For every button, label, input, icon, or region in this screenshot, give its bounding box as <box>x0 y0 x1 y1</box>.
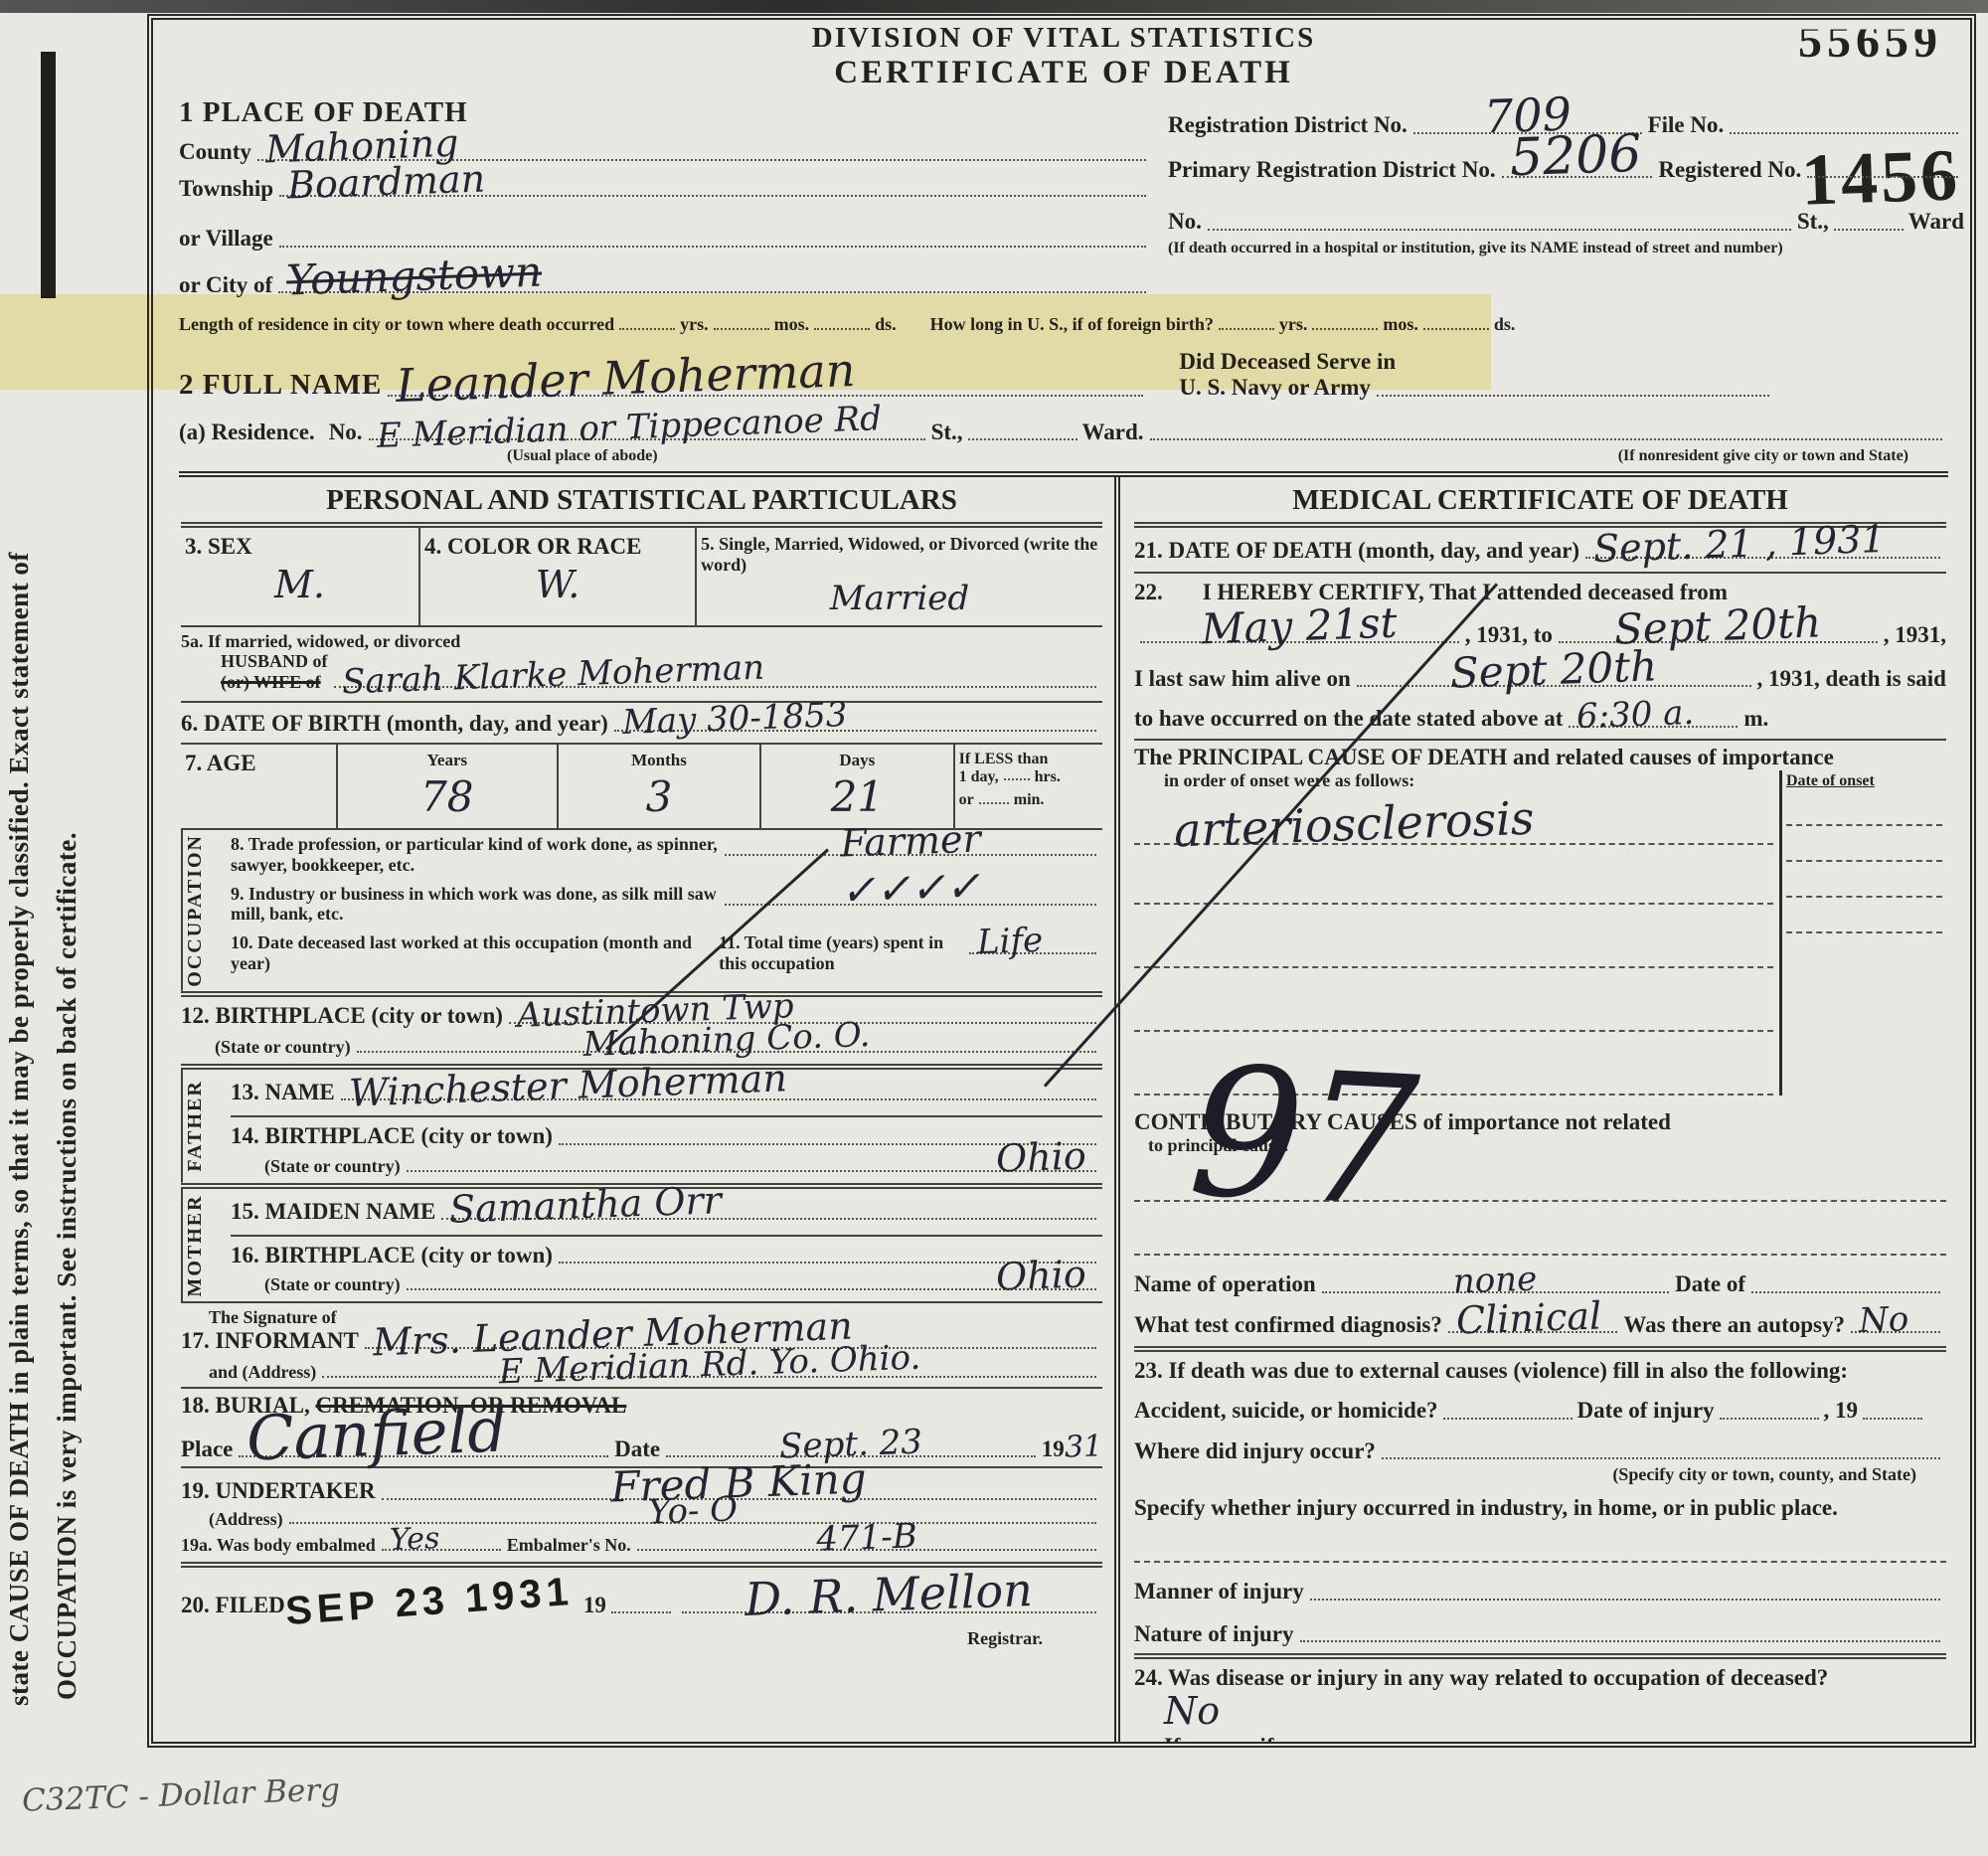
father-block: FATHER 13. NAME Winchester Moherman 14. … <box>181 1064 1102 1183</box>
father-name-row: 13. NAME Winchester Moherman <box>231 1070 1102 1115</box>
trade-label: Trade profession, or particular kind of … <box>231 834 718 875</box>
attended-from-line: May 21st <box>1140 635 1459 643</box>
embalmed-label: Was body embalmed <box>217 1535 376 1555</box>
burial-place-value: Canfield <box>246 1400 508 1470</box>
test-row: What test confirmed diagnosis? Clinical … <box>1134 1312 1946 1338</box>
where-injury-label: Where did injury occur? <box>1134 1438 1376 1464</box>
death-certificate-form: DIVISION OF VITAL STATISTICS CERTIFICATE… <box>147 14 1976 1748</box>
residence-length-row: Length of residence in city or town wher… <box>179 314 1948 335</box>
age-days-cell: Days 21 <box>761 745 955 828</box>
father-birthplace-label: BIRTHPLACE (city or town) <box>265 1123 553 1148</box>
yrs-label: yrs. <box>680 314 709 335</box>
time-value: 6:30 a. <box>1576 696 1695 734</box>
city-line: Youngstown <box>278 285 1146 293</box>
burial-place-label: Place <box>181 1436 233 1462</box>
cause-label-1: The PRINCIPAL CAUSE OF DEATH and related… <box>1134 745 1946 770</box>
embalmer-no-value: 471-B <box>816 1519 917 1557</box>
certificate-title: CERTIFICATE OF DEATH <box>179 55 1948 92</box>
age-label: AGE <box>207 751 256 775</box>
last-saw-value: Sept 20th <box>1449 646 1657 695</box>
race-label: COLOR OR RACE <box>447 534 642 559</box>
margin-instruction-outer: state CAUSE OF DEATH in plain terms, so … <box>4 16 35 1706</box>
served-label-2: U. S. Navy or Army <box>1179 375 1371 401</box>
division-title: DIVISION OF VITAL STATISTICS <box>179 22 1948 55</box>
full-name-line: Leander Moherman <box>388 389 1143 397</box>
undertaker-label: UNDERTAKER <box>216 1478 376 1503</box>
autopsy-label: Was there an autopsy? <box>1623 1312 1845 1338</box>
full-name-value: Leander Moherman <box>396 347 857 409</box>
race-cell: 4. COLOR OR RACE W. <box>420 528 697 625</box>
where-injury-line <box>1382 1451 1940 1459</box>
personal-particulars-column: PERSONAL AND STATISTICAL PARTICULARS 3. … <box>179 477 1120 1748</box>
trade-value: Farmer <box>840 820 982 863</box>
industry-row: 9. Industry or business in which work wa… <box>231 880 1102 928</box>
embalmer-no-label: Embalmer's No. <box>507 1535 631 1556</box>
attended-from-value: May 21st <box>1201 602 1398 651</box>
test-value: Clinical <box>1455 1296 1601 1339</box>
served-label-1: Did Deceased Serve in <box>1179 349 1775 375</box>
if-less-cell: If LESS than 1 day,hrs. ormin. <box>955 745 1102 828</box>
burial-date-label: Date <box>614 1436 660 1462</box>
husband-label: HUSBAND of <box>221 651 328 672</box>
full-name-row: 2 FULL NAME Leander Moherman Did Decease… <box>179 349 1948 402</box>
last-saw-line: Sept 20th <box>1357 679 1751 687</box>
residence-line: E Meridian or Tippecanoe Rd <box>369 432 925 440</box>
pen-97-annotation: 97 <box>1185 1028 1423 1248</box>
undertaker-row: 19. UNDERTAKER Fred B King <box>181 1466 1102 1508</box>
last-worked-label: Date deceased last worked at this occupa… <box>231 932 692 973</box>
birthplace-state-label: (State or country) <box>215 1037 351 1058</box>
street-line <box>1208 223 1791 231</box>
embalmer-no-line: 471-B <box>637 1543 1096 1551</box>
spouse-value: Sarah Klarke Moherman <box>341 650 764 699</box>
test-label: What test confirmed diagnosis? <box>1134 1312 1442 1338</box>
father-state-line: Ohio <box>407 1164 1096 1172</box>
informant-addr-label: and (Address) <box>209 1362 316 1383</box>
industry-line: ✓✓✓✓ <box>725 898 1096 906</box>
operation-value: none <box>1453 1262 1539 1298</box>
mother-birthplace-row: 16. BIRTHPLACE (city or town) (State or … <box>231 1235 1102 1301</box>
full-name-heading: 2 FULL NAME <box>179 369 382 402</box>
filed-date-stamp: SEP 23 1931 <box>284 1570 575 1634</box>
file-no-label: File No. <box>1648 112 1725 138</box>
residence-ward-label: Ward. <box>1082 420 1144 445</box>
dob-label: DATE OF BIRTH (month, day, and year) <box>204 711 608 736</box>
birthplace-label: BIRTHPLACE (city or town) <box>216 1003 503 1028</box>
registered-no-line <box>1807 170 1958 178</box>
manner-line <box>1310 1593 1940 1601</box>
months-value: 3 <box>646 772 673 821</box>
cause-line-4 <box>1134 968 1773 1032</box>
industry-value: ✓✓✓✓ <box>840 865 981 912</box>
street-no-label: No. <box>1168 209 1202 235</box>
days-value: 21 <box>831 772 884 821</box>
father-state-value: Ohio <box>996 1136 1087 1177</box>
nature-label: Nature of injury <box>1134 1621 1294 1647</box>
if-so-line <box>1291 1747 1940 1748</box>
nonresident-note: (If nonresident give city or town and St… <box>1618 447 1908 465</box>
trade-line: Farmer <box>725 848 1096 856</box>
residence-no-label: No. <box>329 420 363 445</box>
margin-instruction-inner: OCCUPATION is very important. See instru… <box>52 328 83 1700</box>
total-time-value: Life <box>976 924 1043 959</box>
mother-state-line: Ohio <box>407 1282 1096 1290</box>
date-of-onset-column: Date of onset <box>1779 770 1946 1096</box>
scan-margin-bar <box>41 52 56 298</box>
wife-label: (or) WIFE of <box>221 672 328 693</box>
primary-district-line: 5206 <box>1502 170 1653 178</box>
sex-value: M. <box>274 563 325 606</box>
birthplace-state-value: Mahoning Co. O. <box>582 1018 871 1062</box>
occupation-related-value: No <box>1164 1689 1220 1733</box>
registered-no-label: Registered No. <box>1658 157 1801 183</box>
filed-row: 20. FILED SEP 23 1931 19 D. R. Mellon <box>181 1562 1102 1628</box>
dob-row: 6. DATE OF BIRTH (month, day, and year) … <box>181 701 1102 743</box>
residence-length-label: Length of residence in city or town wher… <box>179 314 614 335</box>
embalmed-line: Yes <box>382 1543 501 1551</box>
registrar-sig-line: D. R. Mellon <box>682 1605 1096 1613</box>
scan-top-edge <box>0 0 1988 13</box>
city-label: or City of <box>179 272 272 298</box>
navy-army-block: Did Deceased Serve in U. S. Navy or Army <box>1149 349 1775 402</box>
manner-label: Manner of injury <box>1134 1579 1304 1604</box>
city-value: Youngstown <box>285 252 542 302</box>
primary-district-label: Primary Registration District No. <box>1168 157 1496 183</box>
father-name-line: Winchester Moherman <box>341 1093 1096 1100</box>
village-label: or Village <box>179 226 273 252</box>
operation-date-label: Date of <box>1675 1271 1745 1297</box>
embalmed-value: Yes <box>389 1524 439 1556</box>
primary-district-value: 5206 <box>1509 128 1642 185</box>
filed-label: FILED <box>216 1593 285 1617</box>
spouse-line: Sarah Klarke Moherman <box>334 680 1096 688</box>
maiden-name-value: Samantha Orr <box>449 1181 723 1229</box>
burial-year-value: 31 <box>1064 1433 1102 1463</box>
sex-race-marital-row: 3. SEX M. 4. COLOR OR RACE W. 5. Single,… <box>181 528 1102 625</box>
maiden-name-line: Samantha Orr <box>441 1212 1096 1220</box>
cause-label-2: in order of onset were as follows: <box>1164 770 1773 791</box>
years-value: 78 <box>420 772 473 821</box>
hospital-note: (If death occurred in a hospital or inst… <box>1168 240 1964 257</box>
marital-cell: 5. Single, Married, Widowed, or Divorced… <box>697 528 1102 625</box>
months-label: Months <box>563 751 755 770</box>
township-value: Boardman <box>286 160 485 205</box>
informant-addr-line: E Meridian Rd. Yo. Ohio. <box>322 1370 1096 1378</box>
last-worked-row: 10. Date deceased last worked at this oc… <box>231 928 1102 977</box>
cause-line-3 <box>1134 905 1773 968</box>
ds-label: ds. <box>875 314 897 335</box>
dob-line: May 30-1853 <box>614 724 1096 732</box>
external-causes-label: If death was due to external causes (vio… <box>1168 1358 1848 1383</box>
father-name-label: NAME <box>265 1080 335 1104</box>
maiden-name-row: 15. MAIDEN NAME Samantha Orr <box>231 1189 1102 1235</box>
embalmed-row: 19a. Was body embalmed Yes Embalmer's No… <box>181 1535 1102 1556</box>
injury-date-label: Date of injury <box>1577 1398 1715 1424</box>
undertaker-addr-label: (Address) <box>209 1509 283 1530</box>
mos-label: mos. <box>774 314 810 335</box>
autopsy-value: No <box>1858 1302 1908 1338</box>
operation-date-line <box>1751 1285 1940 1293</box>
father-name-value: Winchester Moherman <box>348 1060 787 1112</box>
place-right: 1456 Registration District No. 709 File … <box>1168 96 1964 298</box>
date-of-death-line: Sept. 21 , 1931 <box>1585 551 1940 559</box>
date-of-death-value: Sept. 21 , 1931 <box>1592 520 1886 568</box>
specify-industry-note: Specify whether injury occurred in indus… <box>1134 1495 1946 1521</box>
days-label: Days <box>765 751 949 770</box>
mother-block: MOTHER 15. MAIDEN NAME Samantha Orr 16. … <box>181 1183 1102 1302</box>
township-label: Township <box>179 176 273 202</box>
pencil-annotation: C32TC - Dollar Berg <box>21 1772 340 1818</box>
registrar-signature: D. R. Mellon <box>745 1567 1034 1622</box>
sex-label: SEX <box>208 534 252 559</box>
test-line: Clinical <box>1448 1325 1618 1333</box>
principal-cause-block: The PRINCIPAL CAUSE OF DEATH and related… <box>1134 739 1946 1256</box>
residence-st-label: St., <box>931 420 963 445</box>
total-time-line: Life <box>969 946 1096 954</box>
marital-label: Single, Married, Widowed, or Divorced (w… <box>701 534 1097 575</box>
residence-ward-line <box>1150 432 1943 440</box>
howlong-label: How long in U. S., if of foreign birth? <box>930 314 1214 335</box>
dob-value: May 30-1853 <box>621 698 847 740</box>
father-birthplace-row: 14. BIRTHPLACE (city or town) (State or … <box>231 1115 1102 1182</box>
county-label: County <box>179 139 251 165</box>
informant-row: The Signature of 17. INFORMANT Mrs. Lean… <box>181 1301 1102 1387</box>
accident-label: Accident, suicide, or homicide? <box>1134 1398 1438 1424</box>
industry-label: Industry or business in which work was d… <box>231 884 717 925</box>
time-line: 6:30 a. <box>1569 720 1738 728</box>
date-of-onset-label: Date of onset <box>1786 772 1942 790</box>
birthplace-state-line: Mahoning Co. O. <box>357 1045 1096 1053</box>
birthplace-row: 12. BIRTHPLACE (city or town) Austintown… <box>181 991 1102 1064</box>
occurred-label: to have occurred on the date stated abov… <box>1134 706 1563 732</box>
place-of-death-section: 1 PLACE OF DEATH County Mahoning Townshi… <box>179 92 1948 298</box>
age-years-cell: Years 78 <box>338 745 559 828</box>
cause-line-1: arteriosclerosis <box>1134 791 1773 845</box>
section-1-number: 1 <box>179 96 195 128</box>
occupation-related-label: Was disease or injury in any way related… <box>1168 1665 1828 1690</box>
residence-label: (a) Residence. <box>179 420 315 445</box>
medical-certificate-column: MEDICAL CERTIFICATE OF DEATH 21. DATE OF… <box>1120 477 1948 1748</box>
maiden-name-label: MAIDEN NAME <box>265 1199 436 1224</box>
occupation-related-block: 24. Was disease or injury in any way rel… <box>1134 1653 1946 1748</box>
occupation-block: OCCUPATION 8. Trade profession, or parti… <box>181 828 1102 991</box>
date-of-death-label: DATE OF DEATH (month, day, and year) <box>1168 538 1579 563</box>
place-left: 1 PLACE OF DEATH County Mahoning Townshi… <box>179 96 1152 298</box>
burial-row: 18. BURIAL, CREMATION, OR REMOVAL Place … <box>181 1387 1102 1466</box>
undertaker-addr-row: (Address) Yo- O <box>181 1509 1102 1530</box>
nature-line <box>1300 1634 1940 1642</box>
sex-cell: 3. SEX M. <box>181 528 420 625</box>
file-number-stamp: 1456 <box>1800 134 1962 225</box>
spouse-row: 5a. If married, widowed, or divorced HUS… <box>181 625 1102 701</box>
age-months-cell: Months 3 <box>559 745 761 828</box>
operation-label: Name of operation <box>1134 1271 1316 1297</box>
date-of-death-row: 21. DATE OF DEATH (month, day, and year)… <box>1134 528 1946 572</box>
autopsy-line: No <box>1851 1325 1940 1333</box>
age-row: 7. AGE Years 78 Months 3 Days 21 If LESS… <box>181 743 1102 828</box>
specify-line <box>1134 1521 1946 1563</box>
certify-block: 22. I HEREBY CERTIFY, That I attended de… <box>1134 572 1946 739</box>
personal-title: PERSONAL AND STATISTICAL PARTICULARS <box>181 477 1102 528</box>
spouse-label: If married, widowed, or divorced <box>208 631 460 651</box>
years-label: Years <box>342 751 553 770</box>
undertaker-line: Fred B King <box>382 1492 1096 1500</box>
main-columns: PERSONAL AND STATISTICAL PARTICULARS 3. … <box>179 471 1948 1742</box>
specify-city-note: (Specify city or town, county, and State… <box>1134 1464 1946 1485</box>
township-line: Boardman <box>279 189 1146 197</box>
registration-district-label: Registration District No. <box>1168 112 1408 138</box>
operation-line: none <box>1322 1285 1669 1293</box>
marital-value: Married <box>830 579 969 618</box>
informant-label: INFORMANT <box>216 1328 359 1353</box>
mother-birthplace-label: BIRTHPLACE (city or town) <box>265 1243 553 1267</box>
mother-side-label: MOTHER <box>181 1189 225 1302</box>
if-so-label: If so, specify <box>1164 1734 1285 1748</box>
village-line <box>279 240 1146 248</box>
race-value: W. <box>536 563 580 606</box>
cause-line-2 <box>1134 845 1773 905</box>
occupation-side-label: OCCUPATION <box>181 830 225 991</box>
total-time-label: Total time (years) spent in this occupat… <box>719 932 943 973</box>
informant-pre: The Signature of <box>209 1307 359 1328</box>
father-side-label: FATHER <box>181 1070 225 1183</box>
residence-row: (a) Residence. No. E Meridian or Tippeca… <box>179 420 1948 445</box>
burial-place-line: Canfield <box>239 1449 608 1457</box>
certificate-header: DIVISION OF VITAL STATISTICS CERTIFICATE… <box>179 22 1948 92</box>
ward-blank <box>1834 223 1904 231</box>
operation-row: Name of operation none Date of <box>1134 1271 1946 1297</box>
last-saw-label: I last saw him alive on <box>1134 666 1351 692</box>
mother-state-value: Ohio <box>996 1256 1087 1296</box>
undertaker-addr-value: Yo- O <box>647 1493 738 1530</box>
file-no-line <box>1730 126 1958 134</box>
external-causes-block: 23. If death was due to external causes … <box>1134 1346 1946 1653</box>
attended-to-line: Sept 20th <box>1559 635 1878 643</box>
served-line <box>1377 389 1769 397</box>
age-cell: 7. AGE <box>181 745 338 828</box>
